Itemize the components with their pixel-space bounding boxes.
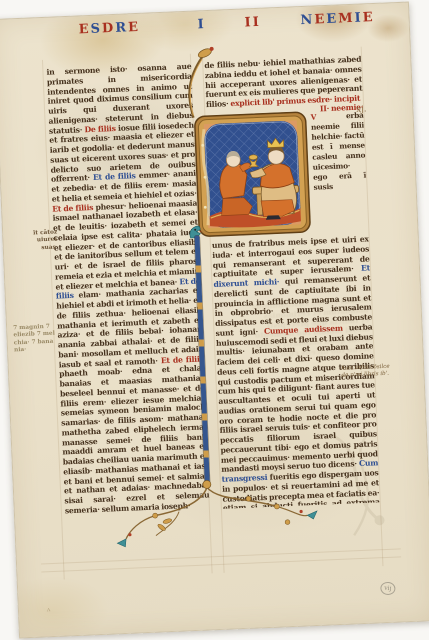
title-letter: M — [338, 11, 355, 27]
corner-foliation-mark: vij — [380, 581, 396, 595]
turquoise-leaf-icon — [117, 539, 126, 547]
gold-knot-icon — [203, 480, 211, 488]
text-run: V — [310, 111, 346, 121]
title-letter: D — [102, 21, 116, 37]
running-title-esdre: ESDRE — [78, 20, 140, 38]
text-column-left: in sermone isto· osanna aue primates in … — [46, 62, 210, 516]
text-run: phesur· helioenai maasia ismael nathanae… — [52, 198, 200, 291]
title-letter: E — [78, 22, 91, 37]
text-line: suas· — [18, 244, 58, 253]
title-letter: R — [115, 20, 128, 36]
historiated-initial-miniature — [193, 111, 311, 238]
text-run: unus de fratribus meis ipse et uiri ex i… — [212, 234, 370, 279]
text-run: erba neemie filii helchie· factū est ī m… — [311, 111, 366, 192]
title-letter: I — [197, 17, 206, 32]
corner-pen-trial: ʌ — [47, 606, 51, 613]
title-letter: E — [314, 12, 327, 27]
running-title-numeral-2: II — [244, 15, 261, 31]
parchment-page: ESDRE I II NEEMIE sumus et non custodiui… — [0, 2, 429, 639]
text-run: uerba huiuscemodi sedi et fleui et luxi … — [216, 322, 378, 474]
text-column-right-top: de filiis nebu· iehiel mathathias zabed … — [204, 55, 363, 110]
text-run: De filiis — [84, 123, 118, 133]
bottom-vine-flourish — [114, 469, 327, 563]
title-letter: N — [300, 13, 315, 29]
running-title-neemie: NEEMIE — [300, 10, 375, 28]
title-letter: E — [128, 20, 141, 35]
title-letter: I — [252, 15, 261, 30]
text-strip-beside-initial: V erba neemie filii helchie· factū est ī… — [310, 111, 368, 233]
initial-ascender-flourish — [171, 37, 218, 121]
running-title-numeral-1: I — [197, 17, 206, 32]
title-letter: E — [362, 10, 375, 25]
margin-note-left-upper: īt cātozuiuressuas· — [17, 229, 58, 253]
quire-mark: xj. — [356, 104, 367, 114]
margin-gloss-right: huic infra cōsilcede p'mi libris ib'. — [341, 362, 421, 379]
manuscript-photo: ESDRE I II NEEMIE sumus et non custodiui… — [0, 0, 429, 640]
turquoise-leaf-icon — [307, 511, 317, 519]
title-letter: E — [326, 12, 339, 27]
ruling-line — [41, 556, 401, 572]
margin-note-left-lower: 7 magnin 7eliezib 7 melchia· 7 banania· — [13, 323, 62, 355]
